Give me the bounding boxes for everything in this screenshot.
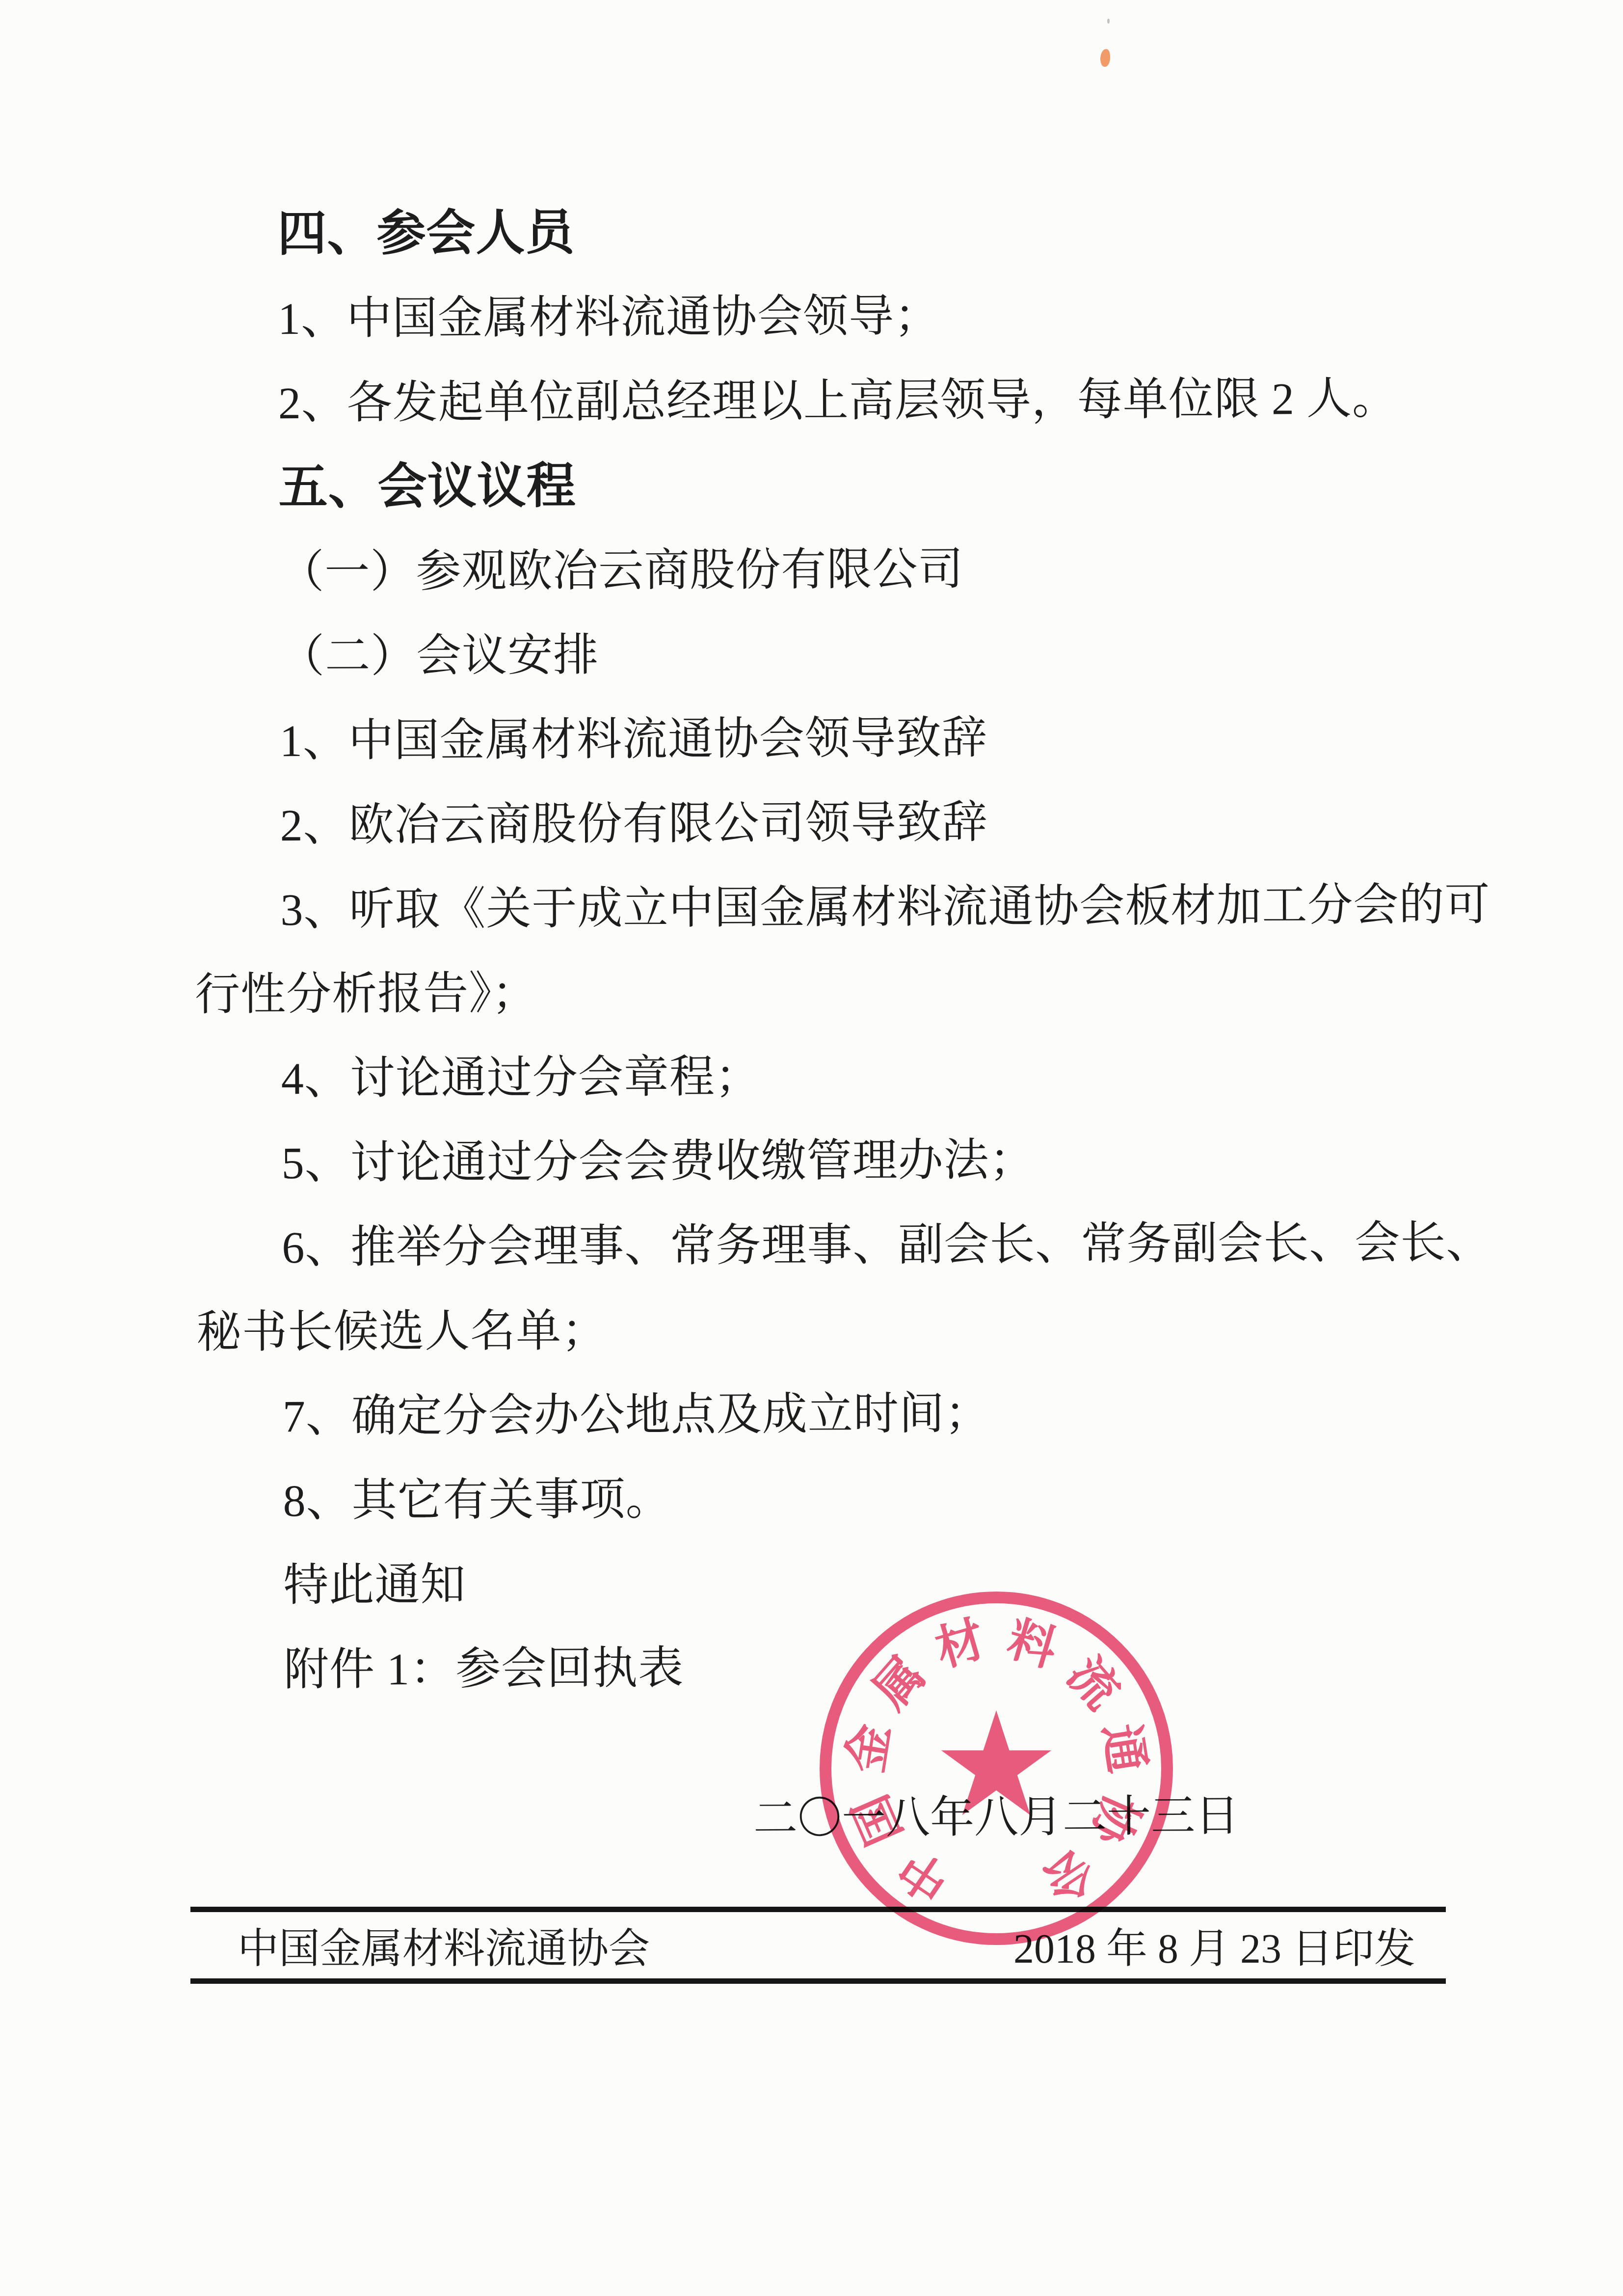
seal-char: 协: [1080, 1787, 1148, 1854]
seal-char: 材: [930, 1613, 991, 1677]
section-heading-agenda: 五、会议议程: [192, 440, 1469, 530]
seal-char: 金: [839, 1721, 899, 1777]
doc-line: （二）会议安排: [193, 609, 1470, 699]
seal-char: 料: [1002, 1613, 1063, 1677]
doc-line: （一）参观欧冶云商股份有限公司: [193, 525, 1469, 615]
section-heading-participants: 四、参会人员: [191, 187, 1468, 277]
ink-speck: [1100, 49, 1110, 67]
doc-line: 5、讨论通过分会会费收缴管理办法；: [195, 1116, 1472, 1206]
seal-char: 中: [890, 1839, 959, 1910]
doc-line-continuation: 行性分析报告》；: [195, 947, 1471, 1037]
seal-char: 通: [1093, 1721, 1153, 1777]
doc-line: 2、各发起单位副总经理以上高层领导，每单位限 2 人。: [192, 356, 1469, 446]
footer-issuer: 中国金属材料流通协会: [238, 1916, 650, 1975]
doc-line-continuation: 秘书长候选人名单；: [196, 1285, 1473, 1375]
doc-line: 4、讨论通过分会章程；: [195, 1031, 1472, 1121]
doc-line: 2、欧冶云商股份有限公司领导致辞: [194, 778, 1470, 868]
seal-char: 国: [845, 1787, 912, 1852]
doc-line: 1、中国金属材料流通协会领导致辞: [194, 694, 1470, 783]
official-seal: 中 国 金 属 材 料 流 通 协 会: [810, 1582, 1183, 1955]
doc-line: 1、中国金属材料流通协会领导；: [192, 271, 1468, 361]
seal-star-icon: [941, 1710, 1051, 1815]
scanned-notice-page: 四、参会人员 1、中国金属材料流通协会领导； 2、各发起单位副总经理以上高层领导…: [0, 0, 1623, 2296]
footer-rule-bottom: [190, 1978, 1446, 1984]
document-body: 四、参会人员 1、中国金属材料流通协会领导； 2、各发起单位副总经理以上高层领导…: [191, 187, 1474, 1712]
seal-char: 属: [864, 1648, 935, 1719]
doc-line: 3、听取《关于成立中国金属材料流通协会板材加工分会的可: [194, 863, 1471, 952]
doc-line: 7、确定分会办公地点及成立时间；: [197, 1369, 1473, 1459]
doc-line: 8、其它有关事项。: [197, 1454, 1473, 1543]
ink-speck-small: [1107, 19, 1110, 24]
doc-line: 6、推举分会理事、常务理事、副会长、常务副会长、会长、: [196, 1200, 1472, 1290]
seal-char: 流: [1057, 1648, 1129, 1719]
seal-char: 会: [1034, 1839, 1103, 1910]
